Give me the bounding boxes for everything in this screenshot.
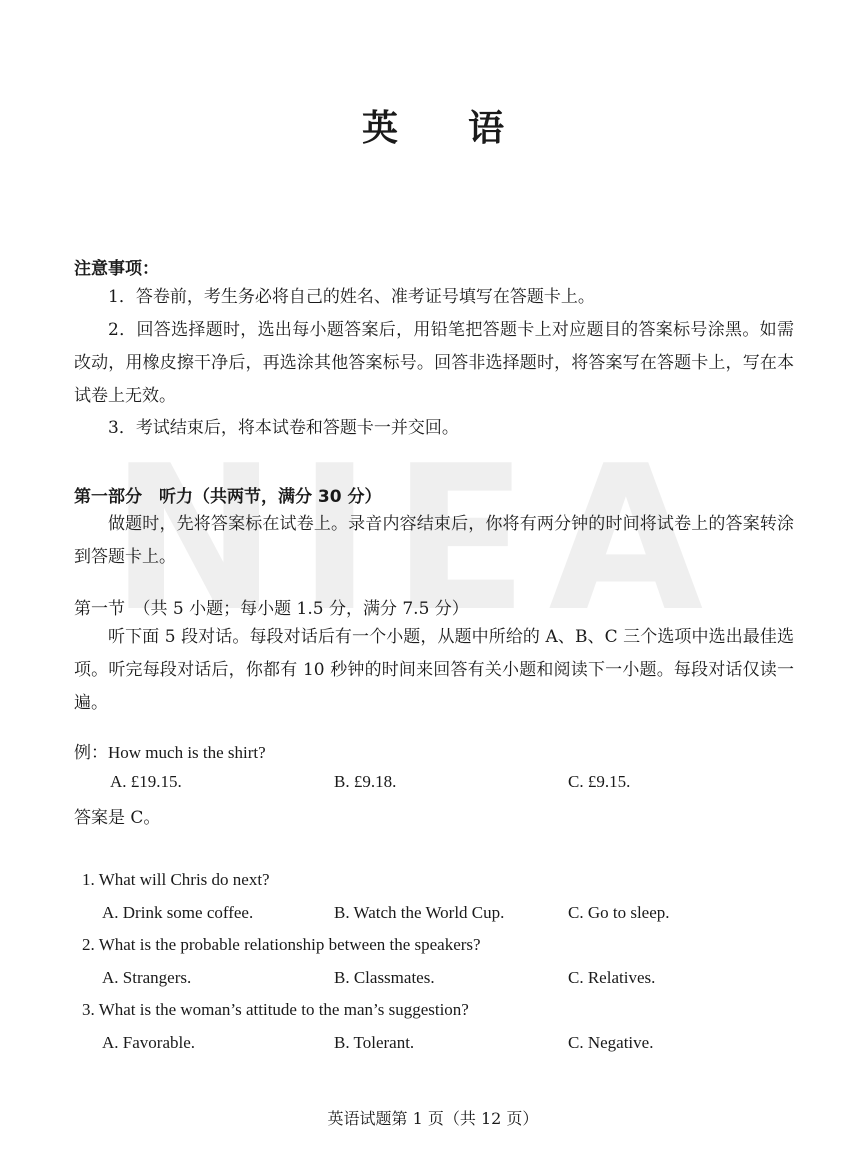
section1-heading: 第一节 （共 5 小题；每小题 1.5 分，满分 7.5 分） xyxy=(74,594,469,619)
question-1-option-a: A. Drink some coffee. xyxy=(102,903,253,923)
page-footer: 英语试题第 1 页（共 12 页） xyxy=(0,1106,866,1129)
example-label: 例： xyxy=(74,743,108,763)
example-question: How much is the shirt? xyxy=(108,743,266,762)
page-title: 英语 xyxy=(0,100,866,151)
section1-instruction: 听下面 5 段对话。每段对话后有一个小题，从题中所给的 A、B、C 三个选项中选… xyxy=(74,621,794,720)
question-3-option-c: C. Negative. xyxy=(568,1033,653,1053)
title-char-2: 语 xyxy=(468,100,504,151)
title-char-1: 英 xyxy=(362,100,398,151)
notice-item-2: 2．回答选择题时，选出每小题答案后，用铅笔把答题卡上对应题目的答案标号涂黑。如需… xyxy=(74,314,794,413)
example-answer: 答案是 C。 xyxy=(74,803,160,828)
question-1: 1. What will Chris do next? xyxy=(82,870,270,890)
question-3-option-a: A. Favorable. xyxy=(102,1033,195,1053)
example-option-c: C. £9.15. xyxy=(568,772,630,792)
question-3-option-b: B. Tolerant. xyxy=(334,1033,414,1053)
notice-heading: 注意事项： xyxy=(74,254,159,279)
question-2-option-b: B. Classmates. xyxy=(334,968,435,988)
part1-heading: 第一部分 听力（共两节，满分 30 分） xyxy=(74,482,382,507)
example-option-b: B. £9.18. xyxy=(334,772,396,792)
question-1-option-c: C. Go to sleep. xyxy=(568,903,670,923)
notice-item-1: 1．答卷前，考生务必将自己的姓名、准考证号填写在答题卡上。 xyxy=(74,281,794,314)
notice-item-3: 3．考试结束后，将本试卷和答题卡一并交回。 xyxy=(74,412,794,445)
question-3: 3. What is the woman’s attitude to the m… xyxy=(82,1000,469,1020)
question-2-option-a: A. Strangers. xyxy=(102,968,191,988)
part1-instruction: 做题时，先将答案标在试卷上。录音内容结束后，你将有两分钟的时间将试卷上的答案转涂… xyxy=(74,508,794,574)
question-2: 2. What is the probable relationship bet… xyxy=(82,935,481,955)
question-1-option-b: B. Watch the World Cup. xyxy=(334,903,504,923)
question-2-option-c: C. Relatives. xyxy=(568,968,655,988)
example-question-row: 例：How much is the shirt? xyxy=(74,738,266,763)
example-option-a: A. £19.15. xyxy=(110,772,182,792)
